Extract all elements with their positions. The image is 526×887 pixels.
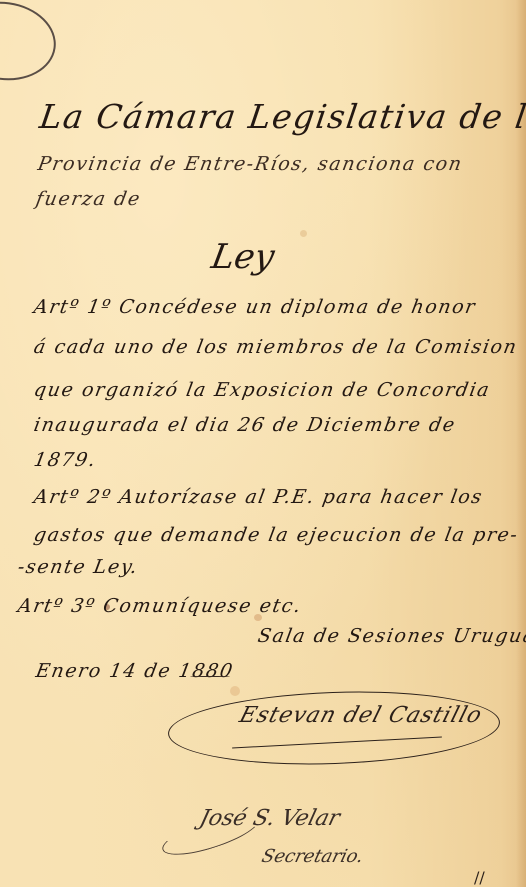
document-title: La Cámara Legislativa de la	[38, 100, 526, 133]
secretary-signature: José S. Velar	[197, 808, 342, 830]
article-1-line-1: Artº 1º Concédese un diploma de honor	[32, 298, 477, 317]
foxing-spot	[230, 686, 240, 696]
foxing-spot	[300, 230, 307, 237]
article-1-line-5: 1879.	[32, 451, 98, 470]
place-line: Sala de Sesiones Uruguay	[256, 627, 526, 646]
bottom-mark: //	[474, 870, 485, 886]
secretary-title: Secretario.	[260, 848, 365, 866]
article-2-line-2: gastos que demande la ejecucion de la pr…	[32, 526, 520, 545]
president-signature: Estevan del Castillo	[237, 705, 485, 727]
article-1-line-3: que organizó la Exposicion de Concordia	[32, 381, 492, 400]
preamble-line-2: fuerza de	[34, 190, 142, 209]
preamble-line-1: Provincia de Entre-Ríos, sanciona con	[36, 155, 464, 174]
article-2-line-3: -sente Ley.	[16, 558, 140, 577]
article-3-line-1: Artº 3º Comuníquese etc.	[16, 597, 303, 616]
date-line: Enero 14 de 1880	[34, 662, 235, 681]
date-flourish	[190, 676, 230, 677]
article-1-line-4: inaugurada el dia 26 de Diciembre de	[32, 416, 457, 435]
article-2-line-1: Artº 2º Autorízase al P.E. para hacer lo…	[32, 488, 484, 507]
heading-ley: Ley	[209, 240, 277, 274]
article-1-line-2: á cada uno de los miembros de la Comisio…	[32, 338, 519, 357]
